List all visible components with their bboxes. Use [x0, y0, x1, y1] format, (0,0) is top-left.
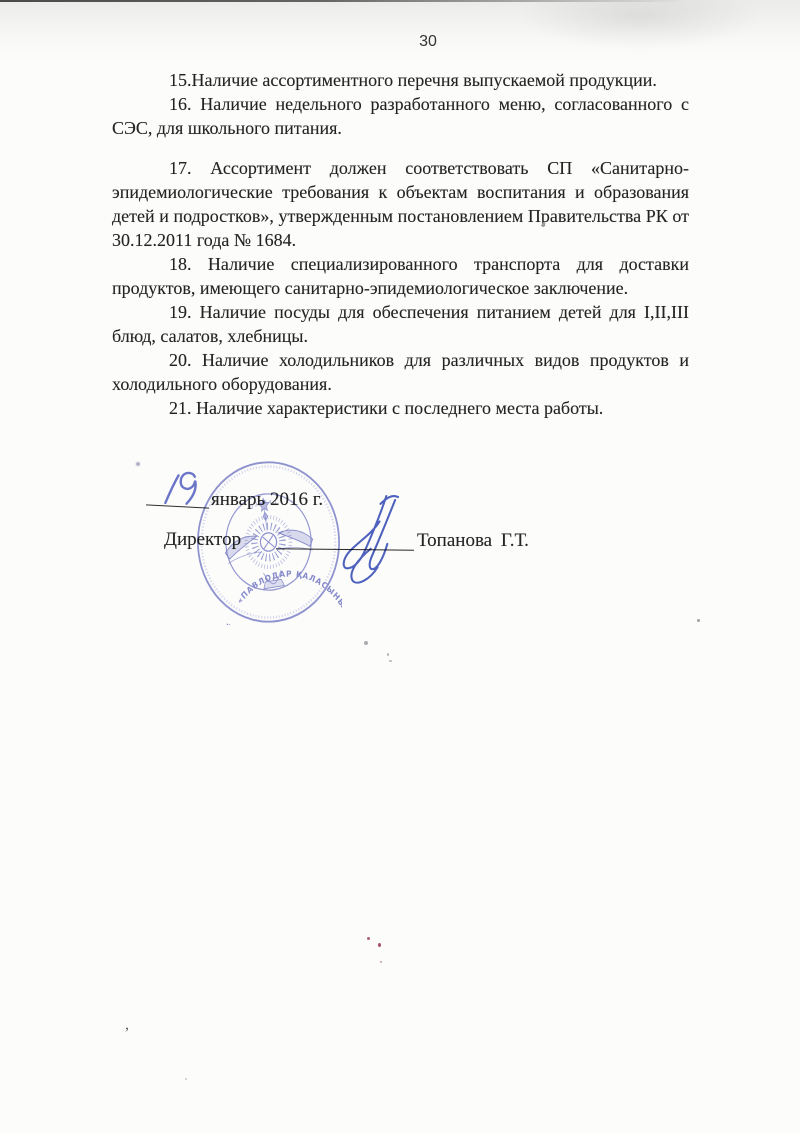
scan-speck-red [380, 961, 382, 963]
scan-speck [364, 641, 368, 645]
signer-name: Топанова Г.Т. [417, 530, 529, 552]
scan-edge-artifact [0, 0, 800, 2]
scan-speck [387, 653, 389, 656]
scan-speck [697, 619, 700, 622]
stray-ink-mark: , [125, 1016, 129, 1034]
scan-speck [185, 1078, 187, 1080]
list-item-16: 16. Наличие недельного разработанного ме… [112, 92, 689, 140]
list-item-17: 17. Ассортимент должен соответствовать С… [112, 156, 689, 252]
scanned-document-page: 30 15.Наличие ассортиментного перечня вы… [0, 0, 800, 1134]
scan-speck-red [378, 943, 381, 947]
official-round-stamp: «ПАВЛОДАР ҚАЛАСЫНЫҢ 20 ЛИЦЕЙ-МЕКТЕБІ» МЕ… [195, 459, 342, 625]
scan-speck [389, 660, 392, 662]
page-number: 30 [408, 33, 448, 51]
list-item-19: 19. Наличие посуды для обеспечения питан… [112, 300, 689, 348]
list-item-21: 21. Наличие характеристики с последнего … [112, 396, 689, 420]
document-body: 15.Наличие ассортиментного перечня выпус… [112, 68, 689, 420]
scan-speck [136, 462, 140, 466]
scan-speck-red [367, 937, 370, 940]
list-item-20: 20. Наличие холодильников для различных … [112, 348, 689, 396]
list-item-15: 15.Наличие ассортиментного перечня выпус… [112, 68, 689, 92]
list-item-18: 18. Наличие специализированного транспор… [112, 252, 689, 300]
